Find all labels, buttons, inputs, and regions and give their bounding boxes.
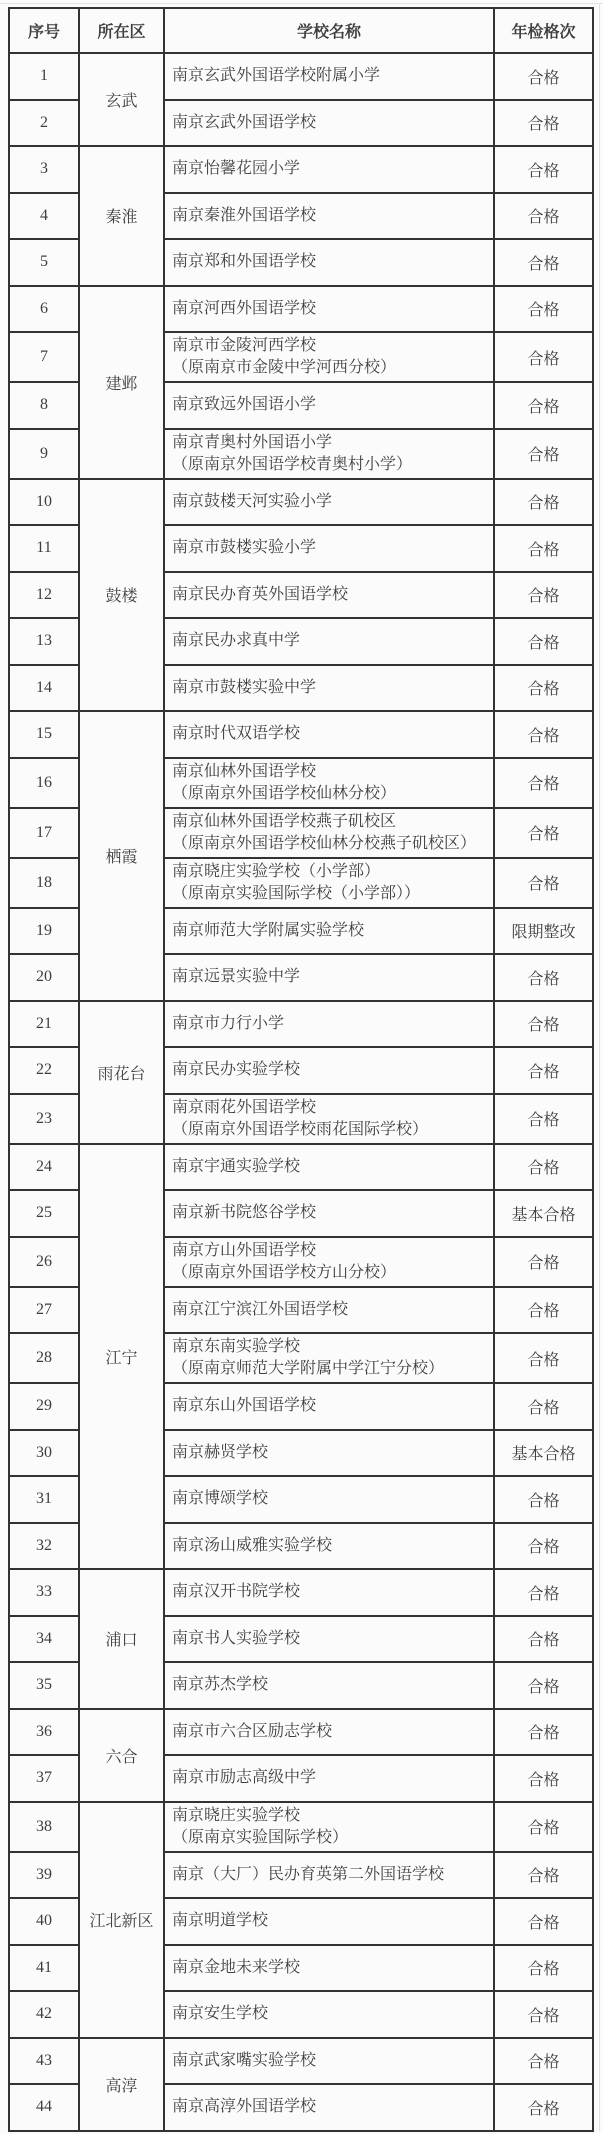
school-name-line: 南京秦淮外国语学校 — [172, 207, 316, 224]
cell-inspection-result: 合格 — [494, 479, 593, 526]
school-name-line: 南京民办实验学校 — [172, 1061, 300, 1078]
school-name-line: 南京金地未来学校 — [172, 1959, 300, 1976]
cell-serial-number: 28 — [9, 1333, 79, 1383]
school-name-line: 南京青奥村外国语小学 — [172, 434, 332, 451]
cell-school-name: 南京市鼓楼实验中学 — [164, 665, 494, 712]
cell-inspection-result: 合格 — [494, 332, 593, 382]
cell-serial-number: 41 — [9, 1945, 79, 1992]
school-name-line: （原南京外国语学校仙林分校燕子矶校区） — [172, 835, 476, 852]
cell-inspection-result: 合格 — [494, 954, 593, 1001]
cell-school-name: 南京市鼓楼实验小学 — [164, 525, 494, 572]
cell-inspection-result: 合格 — [494, 1569, 593, 1616]
school-name-line: 南京玄武外国语学校附属小学 — [172, 67, 380, 84]
column-header-2: 学校名称 — [164, 8, 494, 53]
cell-district: 高淳 — [79, 2038, 164, 2131]
cell-serial-number: 11 — [9, 525, 79, 572]
cell-school-name: 南京江宁滨江外国语学校 — [164, 1287, 494, 1334]
cell-school-name: 南京明道学校 — [164, 1898, 494, 1945]
cell-serial-number: 9 — [9, 429, 79, 479]
column-header-0: 序号 — [9, 8, 79, 53]
background-gridline-right — [599, 3, 600, 2131]
cell-school-name: 南京市金陵河西学校（原南京市金陵中学河西分校） — [164, 332, 494, 382]
table-row: 24江宁南京宇通实验学校合格 — [9, 1144, 593, 1191]
school-name-line: 南京江宁滨江外国语学校 — [172, 1301, 348, 1318]
cell-school-name: 南京高淳外国语学校 — [164, 2084, 494, 2131]
cell-serial-number: 18 — [9, 858, 79, 908]
cell-inspection-result: 合格 — [494, 1144, 593, 1191]
cell-serial-number: 26 — [9, 1237, 79, 1287]
school-name-line: 南京东南实验学校 — [172, 1338, 300, 1355]
table-row: 33浦口南京汉开书院学校合格 — [9, 1569, 593, 1616]
cell-inspection-result: 合格 — [494, 1709, 593, 1756]
cell-inspection-result: 合格 — [494, 758, 593, 808]
school-name-line: 南京新书院悠谷学校 — [172, 1204, 316, 1221]
cell-district: 雨花台 — [79, 1001, 164, 1144]
cell-serial-number: 21 — [9, 1001, 79, 1048]
school-name-line: 南京雨花外国语学校 — [172, 1099, 316, 1116]
school-name-line: （原南京外国语学校仙林分校） — [172, 785, 396, 802]
cell-serial-number: 35 — [9, 1662, 79, 1709]
cell-district: 栖霞 — [79, 711, 164, 1001]
cell-district: 鼓楼 — [79, 479, 164, 712]
cell-serial-number: 20 — [9, 954, 79, 1001]
cell-school-name: 南京市励志高级中学 — [164, 1755, 494, 1802]
annual-inspection-table: 序号所在区学校名称年检格次 1玄武南京玄武外国语学校附属小学合格2南京玄武外国语… — [8, 7, 594, 2132]
cell-serial-number: 15 — [9, 711, 79, 758]
school-name-line: 南京宇通实验学校 — [172, 1158, 300, 1175]
school-name-line: 南京郑和外国语学校 — [172, 253, 316, 270]
school-name-line: 南京民办求真中学 — [172, 632, 300, 649]
school-name-line: 南京玄武外国语学校 — [172, 114, 316, 131]
school-name-line: 南京书人实验学校 — [172, 1630, 300, 1647]
cell-serial-number: 29 — [9, 1383, 79, 1430]
cell-school-name: 南京玄武外国语学校附属小学 — [164, 53, 494, 100]
cell-school-name: 南京民办实验学校 — [164, 1047, 494, 1094]
cell-school-name: 南京民办求真中学 — [164, 618, 494, 665]
school-name-line: 南京安生学校 — [172, 2005, 268, 2022]
cell-inspection-result: 合格 — [494, 1523, 593, 1570]
cell-serial-number: 24 — [9, 1144, 79, 1191]
school-name-line: 南京市励志高级中学 — [172, 1769, 316, 1786]
school-name-line: 南京东山外国语学校 — [172, 1397, 316, 1414]
cell-inspection-result: 合格 — [494, 858, 593, 908]
cell-serial-number: 39 — [9, 1852, 79, 1899]
cell-inspection-result: 合格 — [494, 146, 593, 193]
table-row: 3秦淮南京怡馨花园小学合格 — [9, 146, 593, 193]
school-name-line: 南京致远外国语小学 — [172, 396, 316, 413]
cell-school-name: 南京书人实验学校 — [164, 1616, 494, 1663]
school-name-line: 南京高淳外国语学校 — [172, 2098, 316, 2115]
cell-school-name: 南京致远外国语小学 — [164, 382, 494, 429]
school-name-line: 南京苏杰学校 — [172, 1676, 268, 1693]
cell-serial-number: 17 — [9, 808, 79, 858]
cell-serial-number: 32 — [9, 1523, 79, 1570]
cell-school-name: 南京东南实验学校（原南京师范大学附属中学江宁分校） — [164, 1333, 494, 1383]
cell-inspection-result: 合格 — [494, 286, 593, 333]
table-row: 21雨花台南京市力行小学合格 — [9, 1001, 593, 1048]
table-body: 1玄武南京玄武外国语学校附属小学合格2南京玄武外国语学校合格3秦淮南京怡馨花园小… — [9, 53, 593, 2131]
cell-inspection-result: 合格 — [494, 1287, 593, 1334]
cell-inspection-result: 合格 — [494, 1047, 593, 1094]
cell-serial-number: 1 — [9, 53, 79, 100]
cell-school-name: 南京市六合区励志学校 — [164, 1709, 494, 1756]
table-row: 43高淳南京武家嘴实验学校合格 — [9, 2038, 593, 2085]
cell-school-name: 南京青奥村外国语小学（原南京外国语学校青奥村小学） — [164, 429, 494, 479]
cell-inspection-result: 合格 — [494, 100, 593, 147]
cell-serial-number: 3 — [9, 146, 79, 193]
cell-serial-number: 38 — [9, 1802, 79, 1852]
cell-school-name: 南京（大厂）民办育英第二外国语学校 — [164, 1852, 494, 1899]
cell-serial-number: 36 — [9, 1709, 79, 1756]
school-name-line: 南京晓庄实验学校（小学部） — [172, 863, 380, 880]
school-name-line: 南京汤山威雅实验学校 — [172, 1537, 332, 1554]
cell-serial-number: 33 — [9, 1569, 79, 1616]
cell-serial-number: 6 — [9, 286, 79, 333]
cell-inspection-result: 合格 — [494, 1898, 593, 1945]
cell-serial-number: 8 — [9, 382, 79, 429]
cell-inspection-result: 合格 — [494, 1991, 593, 2038]
cell-inspection-result: 合格 — [494, 193, 593, 240]
cell-school-name: 南京苏杰学校 — [164, 1662, 494, 1709]
cell-school-name: 南京秦淮外国语学校 — [164, 193, 494, 240]
school-name-line: 南京师范大学附属实验学校 — [172, 922, 364, 939]
cell-inspection-result: 合格 — [494, 1662, 593, 1709]
school-name-line: 南京晓庄实验学校 — [172, 1807, 300, 1824]
cell-inspection-result: 基本合格 — [494, 1190, 593, 1237]
school-name-line: 南京赫贤学校 — [172, 1444, 268, 1461]
cell-serial-number: 13 — [9, 618, 79, 665]
cell-serial-number: 12 — [9, 572, 79, 619]
cell-serial-number: 2 — [9, 100, 79, 147]
cell-school-name: 南京远景实验中学 — [164, 954, 494, 1001]
cell-school-name: 南京金地未来学校 — [164, 1945, 494, 1992]
school-name-line: 南京河西外国语学校 — [172, 300, 316, 317]
cell-school-name: 南京时代双语学校 — [164, 711, 494, 758]
cell-serial-number: 10 — [9, 479, 79, 526]
cell-school-name: 南京师范大学附属实验学校 — [164, 908, 494, 955]
column-header-3: 年检格次 — [494, 8, 593, 53]
cell-serial-number: 4 — [9, 193, 79, 240]
cell-serial-number: 5 — [9, 239, 79, 286]
cell-school-name: 南京新书院悠谷学校 — [164, 1190, 494, 1237]
table-row: 1玄武南京玄武外国语学校附属小学合格 — [9, 53, 593, 100]
cell-inspection-result: 合格 — [494, 1001, 593, 1048]
school-name-line: 南京明道学校 — [172, 1912, 268, 1929]
cell-serial-number: 27 — [9, 1287, 79, 1334]
school-name-line: （原南京市金陵中学河西分校） — [172, 359, 396, 376]
school-name-line: 南京市力行小学 — [172, 1015, 284, 1032]
cell-school-name: 南京晓庄实验学校（小学部）（原南京实验国际学校（小学部）） — [164, 858, 494, 908]
column-header-1: 所在区 — [79, 8, 164, 53]
school-name-line: 南京民办育英外国语学校 — [172, 586, 348, 603]
school-name-line: 南京武家嘴实验学校 — [172, 2052, 316, 2069]
school-name-line: 南京怡馨花园小学 — [172, 160, 300, 177]
cell-serial-number: 40 — [9, 1898, 79, 1945]
cell-inspection-result: 合格 — [494, 1616, 593, 1663]
cell-inspection-result: 合格 — [494, 1383, 593, 1430]
cell-school-name: 南京汤山威雅实验学校 — [164, 1523, 494, 1570]
cell-inspection-result: 基本合格 — [494, 1430, 593, 1477]
cell-school-name: 南京郑和外国语学校 — [164, 239, 494, 286]
cell-school-name: 南京怡馨花园小学 — [164, 146, 494, 193]
cell-school-name: 南京仙林外国语学校燕子矶校区（原南京外国语学校仙林分校燕子矶校区） — [164, 808, 494, 858]
cell-serial-number: 14 — [9, 665, 79, 712]
school-name-line: 南京汉开书院学校 — [172, 1583, 300, 1600]
school-name-line: 南京时代双语学校 — [172, 725, 300, 742]
cell-serial-number: 31 — [9, 1476, 79, 1523]
cell-serial-number: 7 — [9, 332, 79, 382]
cell-school-name: 南京东山外国语学校 — [164, 1383, 494, 1430]
cell-school-name: 南京仙林外国语学校（原南京外国语学校仙林分校） — [164, 758, 494, 808]
table-row: 10鼓楼南京鼓楼天河实验小学合格 — [9, 479, 593, 526]
cell-serial-number: 23 — [9, 1094, 79, 1144]
table-row: 36六合南京市六合区励志学校合格 — [9, 1709, 593, 1756]
school-name-line: 南京市六合区励志学校 — [172, 1723, 332, 1740]
cell-serial-number: 19 — [9, 908, 79, 955]
cell-district: 玄武 — [79, 53, 164, 146]
table-row: 6建邺南京河西外国语学校合格 — [9, 286, 593, 333]
school-name-line: 南京鼓楼天河实验小学 — [172, 493, 332, 510]
cell-district: 建邺 — [79, 286, 164, 479]
cell-serial-number: 42 — [9, 1991, 79, 2038]
cell-inspection-result: 合格 — [494, 53, 593, 100]
cell-school-name: 南京雨花外国语学校（原南京外国语学校雨花国际学校） — [164, 1094, 494, 1144]
cell-inspection-result: 合格 — [494, 429, 593, 479]
cell-serial-number: 44 — [9, 2084, 79, 2131]
school-name-line: （原南京师范大学附属中学江宁分校） — [172, 1360, 444, 1377]
cell-serial-number: 34 — [9, 1616, 79, 1663]
cell-inspection-result: 合格 — [494, 239, 593, 286]
cell-inspection-result: 合格 — [494, 382, 593, 429]
cell-inspection-result: 合格 — [494, 1755, 593, 1802]
cell-district: 江宁 — [79, 1144, 164, 1570]
cell-inspection-result: 合格 — [494, 1476, 593, 1523]
cell-inspection-result: 合格 — [494, 711, 593, 758]
cell-serial-number: 43 — [9, 2038, 79, 2085]
cell-school-name: 南京武家嘴实验学校 — [164, 2038, 494, 2085]
cell-district: 秦淮 — [79, 146, 164, 286]
school-name-line: 南京（大厂）民办育英第二外国语学校 — [172, 1866, 444, 1883]
cell-school-name: 南京玄武外国语学校 — [164, 100, 494, 147]
table-row: 15栖霞南京时代双语学校合格 — [9, 711, 593, 758]
cell-inspection-result: 合格 — [494, 1333, 593, 1383]
cell-inspection-result: 合格 — [494, 2084, 593, 2131]
school-name-line: （原南京实验国际学校（小学部）） — [172, 885, 420, 902]
cell-serial-number: 25 — [9, 1190, 79, 1237]
school-name-line: （原南京外国语学校雨花国际学校） — [172, 1121, 428, 1138]
cell-school-name: 南京汉开书院学校 — [164, 1569, 494, 1616]
header-row: 序号所在区学校名称年检格次 — [9, 8, 593, 53]
school-name-line: 南京仙林外国语学校 — [172, 763, 316, 780]
background-gridline-top — [0, 3, 603, 4]
cell-inspection-result: 合格 — [494, 525, 593, 572]
cell-inspection-result: 合格 — [494, 1852, 593, 1899]
cell-school-name: 南京晓庄实验学校（原南京实验国际学校） — [164, 1802, 494, 1852]
school-name-line: 南京博颂学校 — [172, 1490, 268, 1507]
cell-district: 浦口 — [79, 1569, 164, 1709]
cell-serial-number: 16 — [9, 758, 79, 808]
cell-inspection-result: 合格 — [494, 1945, 593, 1992]
school-name-line: 南京远景实验中学 — [172, 968, 300, 985]
school-name-line: 南京市金陵河西学校 — [172, 337, 316, 354]
table-header: 序号所在区学校名称年检格次 — [9, 8, 593, 53]
cell-inspection-result: 合格 — [494, 1237, 593, 1287]
cell-inspection-result: 合格 — [494, 572, 593, 619]
school-name-line: 南京市鼓楼实验小学 — [172, 539, 316, 556]
cell-inspection-result: 合格 — [494, 665, 593, 712]
cell-inspection-result: 合格 — [494, 2038, 593, 2085]
cell-inspection-result: 限期整改 — [494, 908, 593, 955]
cell-school-name: 南京民办育英外国语学校 — [164, 572, 494, 619]
school-name-line: 南京市鼓楼实验中学 — [172, 679, 316, 696]
cell-inspection-result: 合格 — [494, 1094, 593, 1144]
cell-inspection-result: 合格 — [494, 1802, 593, 1852]
cell-inspection-result: 合格 — [494, 808, 593, 858]
table-row: 38江北新区南京晓庄实验学校（原南京实验国际学校）合格 — [9, 1802, 593, 1852]
cell-school-name: 南京赫贤学校 — [164, 1430, 494, 1477]
school-name-line: （原南京外国语学校方山分校） — [172, 1264, 396, 1281]
cell-inspection-result: 合格 — [494, 618, 593, 665]
cell-school-name: 南京河西外国语学校 — [164, 286, 494, 333]
cell-school-name: 南京方山外国语学校（原南京外国语学校方山分校） — [164, 1237, 494, 1287]
cell-school-name: 南京安生学校 — [164, 1991, 494, 2038]
cell-district: 六合 — [79, 1709, 164, 1802]
cell-serial-number: 30 — [9, 1430, 79, 1477]
school-name-line: （原南京实验国际学校） — [172, 1829, 348, 1846]
cell-school-name: 南京市力行小学 — [164, 1001, 494, 1048]
school-name-line: 南京方山外国语学校 — [172, 1242, 316, 1259]
cell-serial-number: 22 — [9, 1047, 79, 1094]
cell-school-name: 南京宇通实验学校 — [164, 1144, 494, 1191]
cell-school-name: 南京鼓楼天河实验小学 — [164, 479, 494, 526]
school-name-line: （原南京外国语学校青奥村小学） — [172, 456, 412, 473]
school-name-line: 南京仙林外国语学校燕子矶校区 — [172, 813, 396, 830]
cell-district: 江北新区 — [79, 1802, 164, 2038]
cell-serial-number: 37 — [9, 1755, 79, 1802]
cell-school-name: 南京博颂学校 — [164, 1476, 494, 1523]
